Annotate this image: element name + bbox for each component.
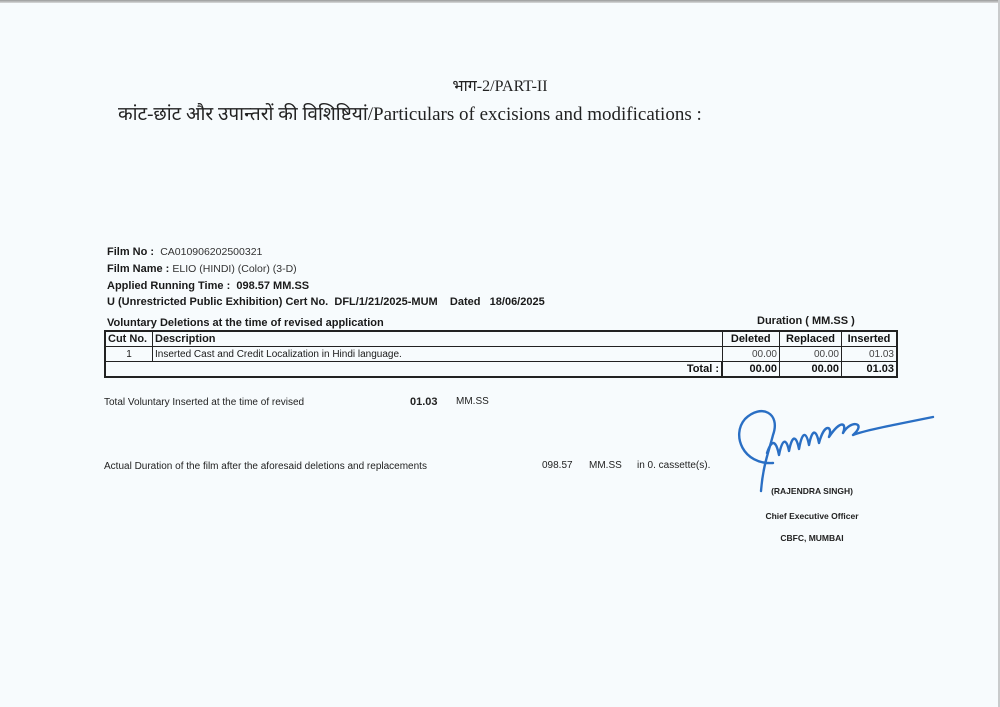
cert-no: DFL/1/21/2025-MUM (334, 296, 437, 308)
duration-title: Duration ( MM.SS ) (757, 315, 855, 327)
cell-replaced: 00.00 (780, 347, 842, 362)
total-inserted-label: Total Voluntary Inserted at the time of … (104, 397, 304, 408)
total-label: Total : (105, 362, 722, 378)
cassette-text: in 0. cassette(s). (637, 460, 710, 471)
total-replaced: 00.00 (780, 362, 842, 378)
section-title: कांट-छांट और उपान्तरों की विशिष्टियां/Pa… (118, 100, 702, 126)
total-inserted-value: 01.03 (410, 396, 438, 408)
cell-inserted: 01.03 (842, 347, 898, 362)
table-total-row: Total : 00.00 00.00 01.03 (105, 362, 897, 378)
film-name-line: Film Name : ELIO (HINDI) (Color) (3-D) (107, 263, 297, 275)
film-no-value: CA010906202500321 (160, 246, 262, 258)
dated-label: Dated (450, 296, 481, 308)
film-name-label: Film Name : (107, 263, 169, 275)
actual-duration-label: Actual Duration of the film after the af… (104, 461, 427, 472)
header-description: Description (153, 331, 723, 347)
table-header-row: Cut No. Description Deleted Replaced Ins… (105, 331, 897, 347)
header-deleted: Deleted (722, 331, 780, 347)
header-cut-no: Cut No. (105, 331, 153, 347)
part-title: भाग-2/PART-II (0, 74, 1000, 96)
cell-description: Inserted Cast and Credit Localization in… (153, 347, 723, 362)
film-no-label: Film No : (107, 246, 154, 258)
table-row: 1 Inserted Cast and Credit Localization … (105, 347, 897, 362)
certificate-line: U (Unrestricted Public Exhibition) Cert … (107, 296, 545, 308)
signatory-office: CBFC, MUMBAI (742, 533, 882, 543)
actual-duration-value: 098.57 (542, 460, 573, 471)
cuts-table: Cut No. Description Deleted Replaced Ins… (104, 330, 898, 378)
voluntary-deletions-title: Voluntary Deletions at the time of revis… (107, 317, 384, 329)
signatory-designation: Chief Executive Officer (742, 511, 882, 521)
header-inserted: Inserted (842, 331, 898, 347)
film-no-line: Film No : CA010906202500321 (107, 246, 262, 258)
cell-deleted: 00.00 (722, 347, 780, 362)
running-time-line: Applied Running Time : 098.57 MM.SS (107, 280, 309, 292)
film-name-value: ELIO (HINDI) (Color) (3-D) (172, 263, 296, 275)
running-time-label: Applied Running Time : (107, 280, 230, 292)
signature-icon (733, 405, 943, 495)
cell-cut-no: 1 (105, 347, 153, 362)
total-inserted-line: Total Voluntary Inserted at the time of … (104, 397, 304, 408)
cert-label: U (Unrestricted Public Exhibition) Cert … (107, 296, 328, 308)
total-inserted-unit: MM.SS (456, 396, 489, 407)
signatory-name: (RAJENDRA SINGH) (742, 486, 882, 496)
dated-value: 18/06/2025 (490, 296, 545, 308)
total-deleted: 00.00 (722, 362, 780, 378)
total-inserted: 01.03 (842, 362, 898, 378)
actual-duration-unit: MM.SS (589, 460, 622, 471)
header-replaced: Replaced (780, 331, 842, 347)
running-time-value: 098.57 MM.SS (236, 280, 309, 292)
scan-top-edge (0, 0, 1000, 3)
